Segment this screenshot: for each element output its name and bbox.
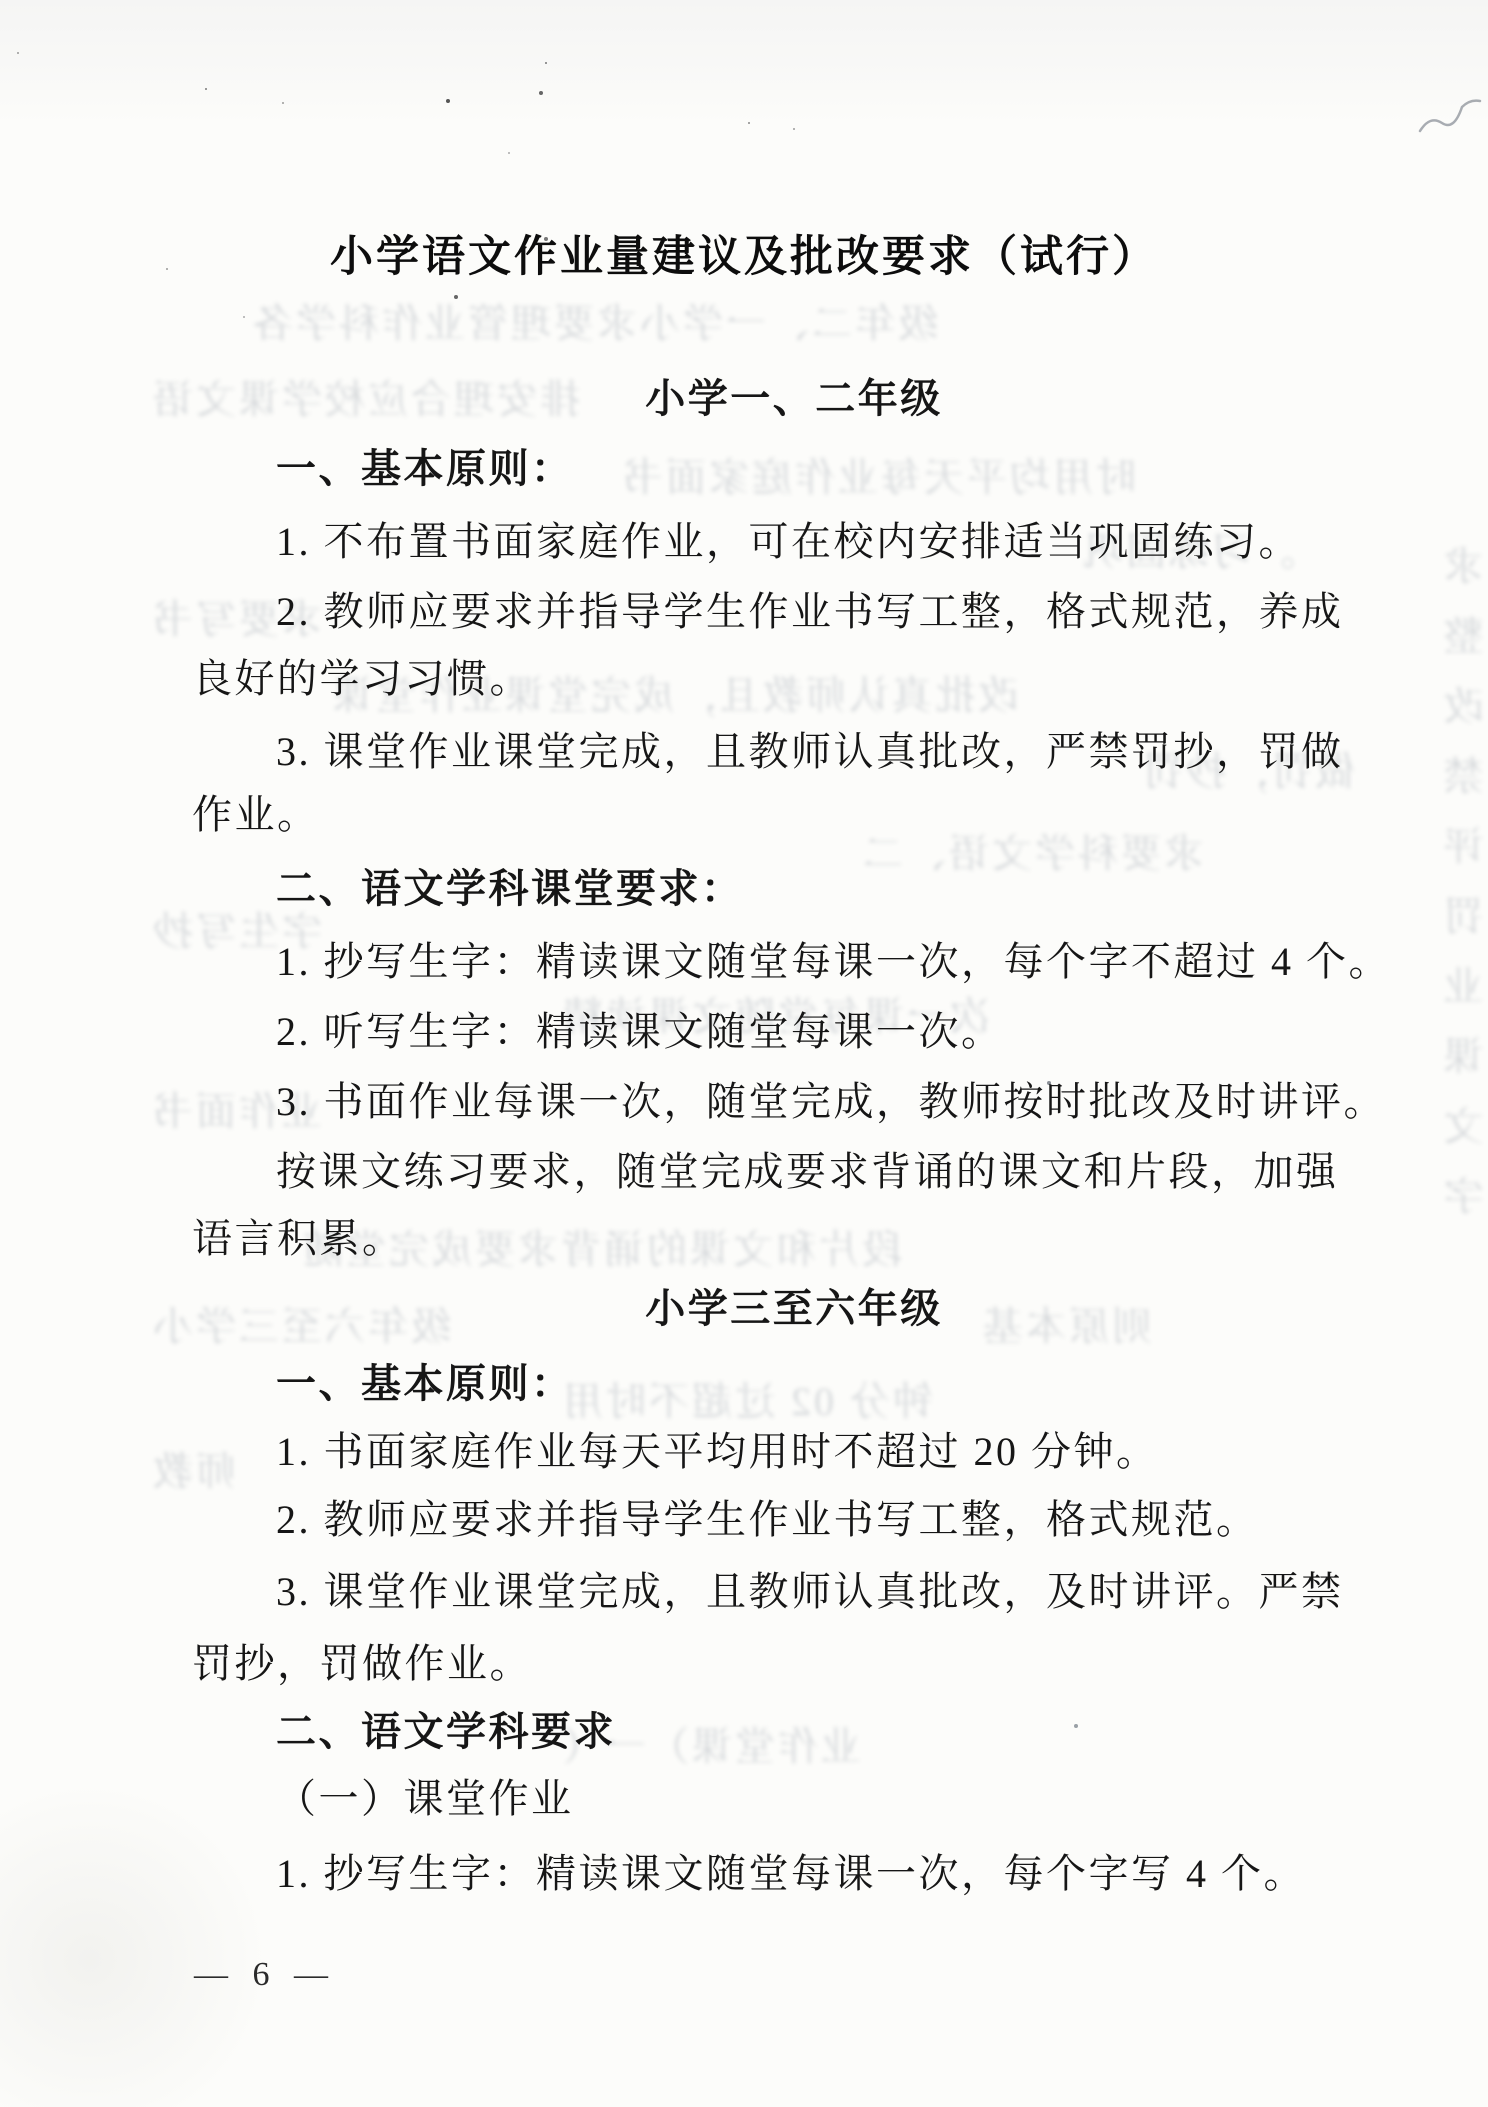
subheading-subject-class-requirements: 二、语文学科课堂要求： (276, 866, 744, 912)
bleedthrough-text: 级年二、一学小求要理管业作科学各 (250, 292, 938, 349)
body-line: 作业。 (192, 792, 320, 838)
body-line: 良好的学习习惯。 (192, 656, 532, 702)
section-heading-grades-1-2: 小学一、二年级 (50, 376, 1488, 422)
scanned-document-page: 级年二、一学小求要理管业作科学各 排安理合应校学课文语 时用均平天每业作庭家面书… (0, 0, 1488, 2107)
scan-dust-specks (0, 0, 2, 2)
section-heading-grades-3-6: 小学三至六年级 (50, 1286, 1488, 1332)
bleedthrough-text: 钟分 02 过超不时用 (560, 1370, 933, 1427)
body-line: 1. 不布置书面家庭作业，可在校内安排适当巩固练习。 (276, 519, 1301, 565)
body-line: 罚抄，罚做作业。 (192, 1641, 532, 1687)
body-line: （一）课堂作业 (276, 1776, 574, 1822)
subheading-subject-requirements: 二、语文学科要求 (276, 1709, 616, 1755)
body-line: 3. 书面作业每课一次，随堂完成，教师按时批改及时讲评。 (276, 1079, 1386, 1125)
bleedthrough-text: 师教 (150, 1440, 236, 1497)
subheading-basic-principles: 一、基本原则： (276, 446, 574, 492)
body-line: 2. 教师应要求并指导学生作业书写工整，格式规范。 (276, 1497, 1259, 1543)
document-title: 小学语文作业量建议及批改要求（试行） (0, 223, 1488, 284)
body-line: 3. 课堂作业课堂完成，且教师认真批改，严禁罚抄，罚做 (276, 729, 1344, 775)
bleedthrough-text: 时用均平天每业作庭家面书 (620, 446, 1136, 503)
body-line: 按课文练习要求，随堂完成要求背诵的课文和片段，加强 (276, 1149, 1339, 1195)
body-line: 1. 书面家庭作业每天平均用时不超过 20 分钟。 (276, 1429, 1159, 1475)
body-line: 3. 课堂作业课堂完成，且教师认真批改，及时讲评。严禁 (276, 1569, 1344, 1615)
body-line: 2. 听写生字：精读课文随堂每课一次。 (276, 1009, 1004, 1055)
bleedthrough-text: 求要科学文语、二 (860, 822, 1204, 879)
bleedthrough-text-vertical: 求整改禁评罚业课文字 (1438, 545, 1488, 1305)
body-line: 1. 抄写生字：精读课文随堂每课一次，每个字不超过 4 个。 (276, 939, 1391, 985)
page-number: — 6 — (194, 1956, 336, 1994)
body-line: 语言积累。 (192, 1216, 405, 1262)
body-line: 2. 教师应要求并指导学生作业书写工整，格式规范，养成 (276, 589, 1344, 635)
subheading-basic-principles: 一、基本原则： (276, 1361, 574, 1407)
body-line: 1. 抄写生字：精读课文随堂每课一次，每个字写 4 个。 (276, 1851, 1306, 1897)
pen-scribble-mark (1418, 95, 1488, 143)
